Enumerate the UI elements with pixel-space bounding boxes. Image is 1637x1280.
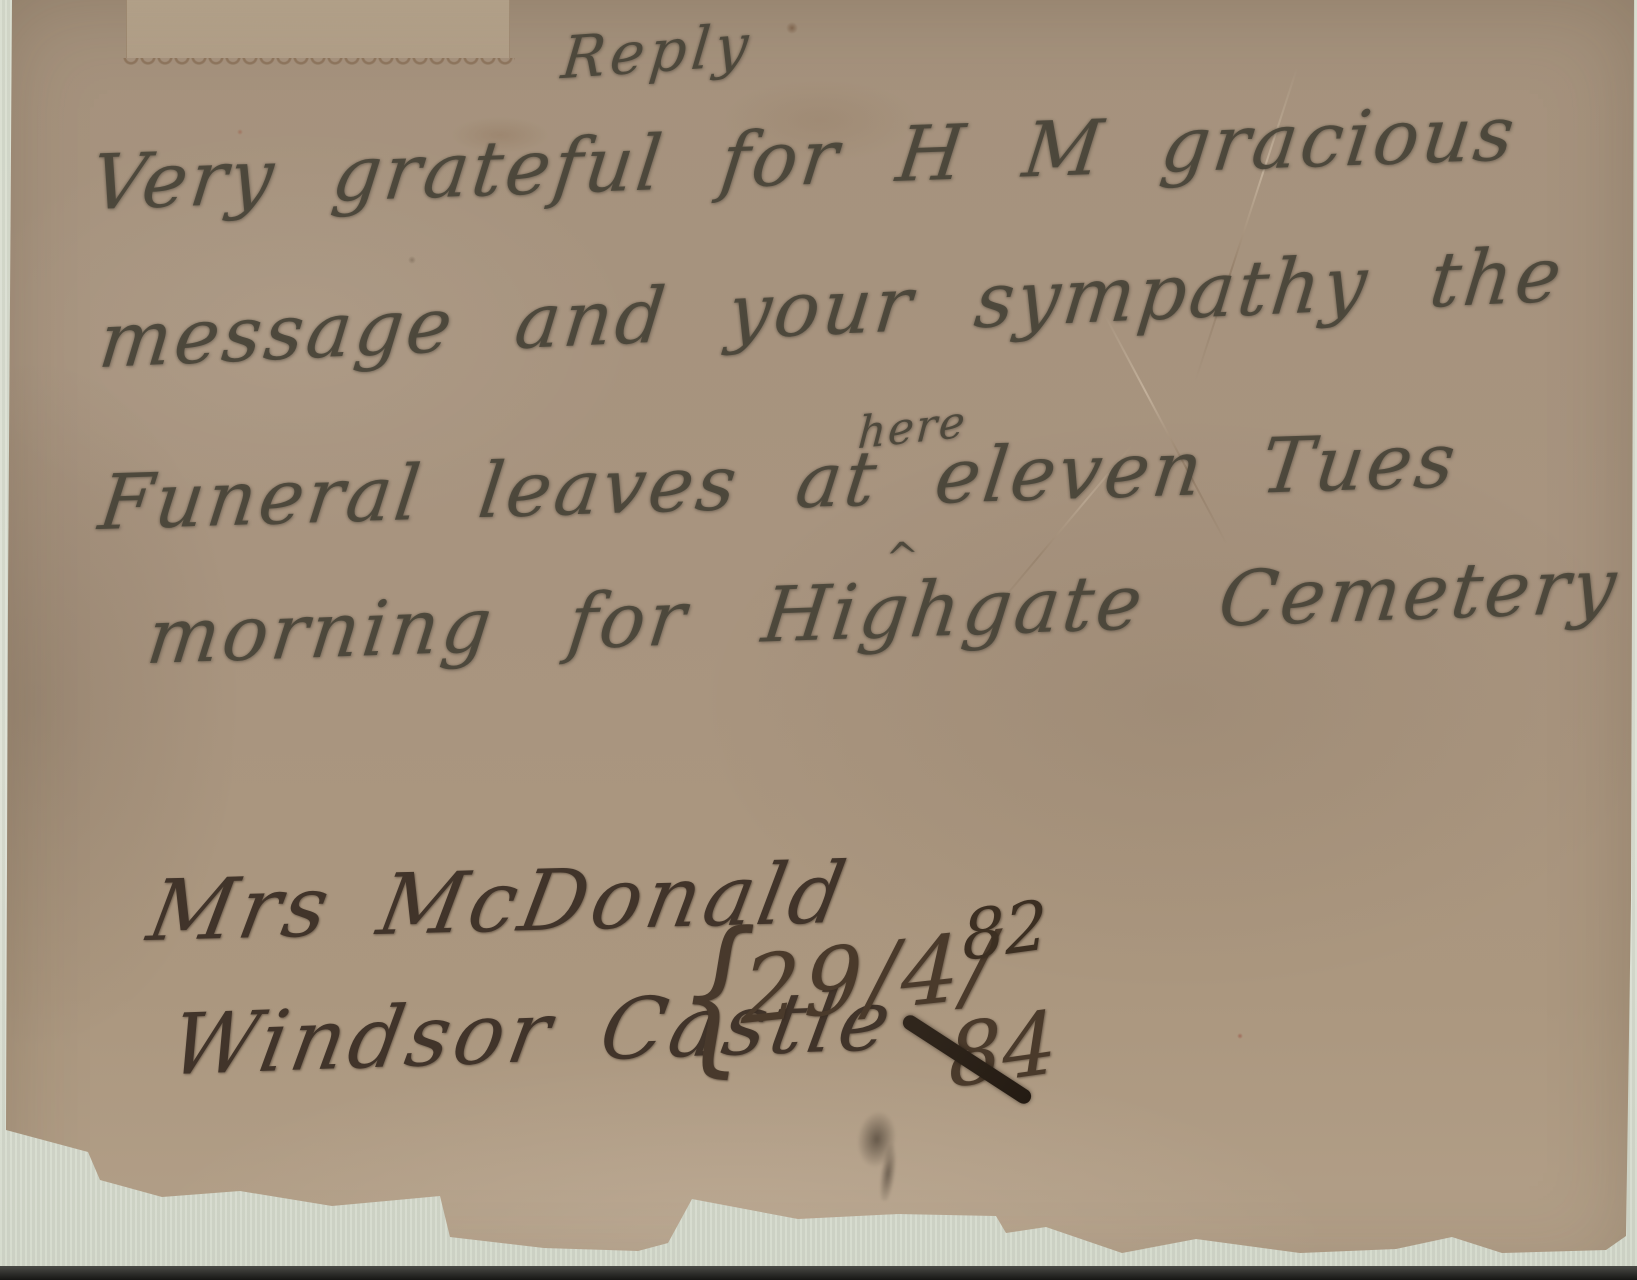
ink-smudge (840, 1103, 924, 1204)
body-line-4: morning for Highgate Cemetery (143, 540, 1624, 681)
body-line-3-start: Funeral leaves (94, 438, 744, 547)
scanned-handwritten-note: Reply Very grateful for H M gracious mes… (0, 0, 1637, 1280)
note-heading: Reply (558, 10, 756, 92)
body-line-1: Very grateful for H M gracious (87, 88, 1522, 227)
paper-sheet: Reply Very grateful for H M gracious mes… (0, 0, 1637, 1280)
body-line-2: message and your sympathy the (95, 229, 1569, 385)
date-year-corrected: 82 (961, 886, 1049, 977)
scanner-edge-strip (0, 1266, 1637, 1280)
body-line-3: Funeral leavesat eleven Tues (94, 415, 1463, 547)
stamp-residue-patch (126, 0, 510, 58)
